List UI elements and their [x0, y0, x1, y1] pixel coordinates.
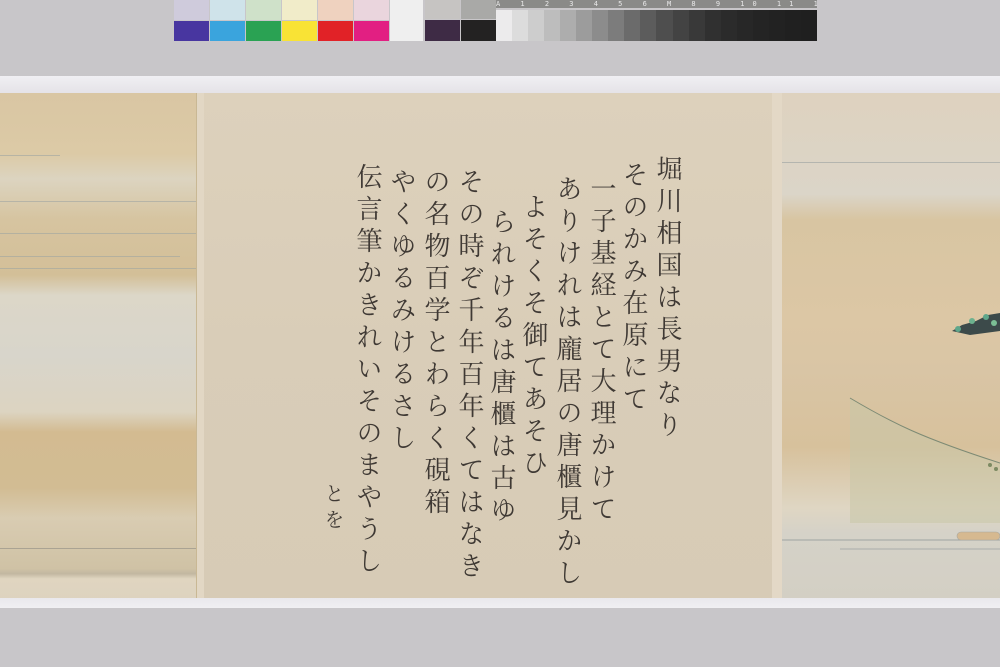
hill-slope-painting — [782, 93, 1000, 599]
scroll-bottom-edge — [0, 598, 1000, 608]
checker-top-3 — [282, 0, 317, 20]
checker-bottom-7 — [425, 20, 460, 41]
checker-bottom-1 — [210, 21, 245, 41]
checker-top-1 — [210, 0, 245, 20]
calligraphy-column-2: そのかみ在原にて — [618, 161, 648, 417]
checker-top-5 — [354, 0, 389, 20]
calligraphy-column-4: ありけれは龐居の唐櫃見かし — [552, 175, 582, 591]
checker-bottom-3 — [282, 21, 317, 41]
right-painting-panel — [782, 93, 1000, 599]
checker-bottom-2 — [246, 21, 281, 41]
calligraphy-column-1: 堀川相国は長男なり — [652, 155, 682, 443]
calligraphy-column-6: られけるは唐櫃は古ゆ — [486, 208, 516, 528]
calligraphy-signature: とを — [318, 483, 348, 535]
calligraphy-column-3: 一子基経とて大理かけて — [586, 175, 616, 527]
checker-bottom-5 — [354, 21, 389, 41]
checker-top-7 — [425, 0, 460, 19]
checker-bottom-4 — [318, 21, 353, 41]
checker-top-8 — [461, 0, 496, 19]
checker-top-4 — [318, 0, 353, 20]
left-painting-panel — [0, 93, 196, 599]
checker-top-0 — [174, 0, 209, 20]
checker-bottom-0 — [174, 21, 209, 41]
calligraphy-column-10: 伝言筆かきれいそのまやうし — [352, 163, 382, 579]
checker-top-6 — [390, 0, 423, 41]
gray-scale — [496, 10, 817, 41]
checker-top-2 — [246, 0, 281, 20]
calligraphy-column-9: やくゆるみけるさし — [386, 168, 416, 456]
scroll-top-edge — [0, 76, 1000, 94]
calligraphy-column-7: その時ぞ千年百年くてはなき — [454, 168, 484, 584]
gray-scale-label: A 1 2 3 4 5 6 M 8 9 10 11 12 13 14 15 16… — [496, 0, 817, 8]
calligraphy-column-5: よそくそ御てあそひ — [518, 193, 548, 481]
checker-bottom-8 — [461, 20, 496, 41]
calligraphy-sheet: 堀川相国は長男なり そのかみ在原にて 一子基経とて大理かけて ありけれは龐居の唐… — [204, 93, 772, 599]
color-checker: A 1 2 3 4 5 6 M 8 9 10 11 12 13 14 15 16… — [174, 0, 817, 41]
calligraphy-column-8: の名物百学とわらく硯箱 — [420, 168, 450, 520]
